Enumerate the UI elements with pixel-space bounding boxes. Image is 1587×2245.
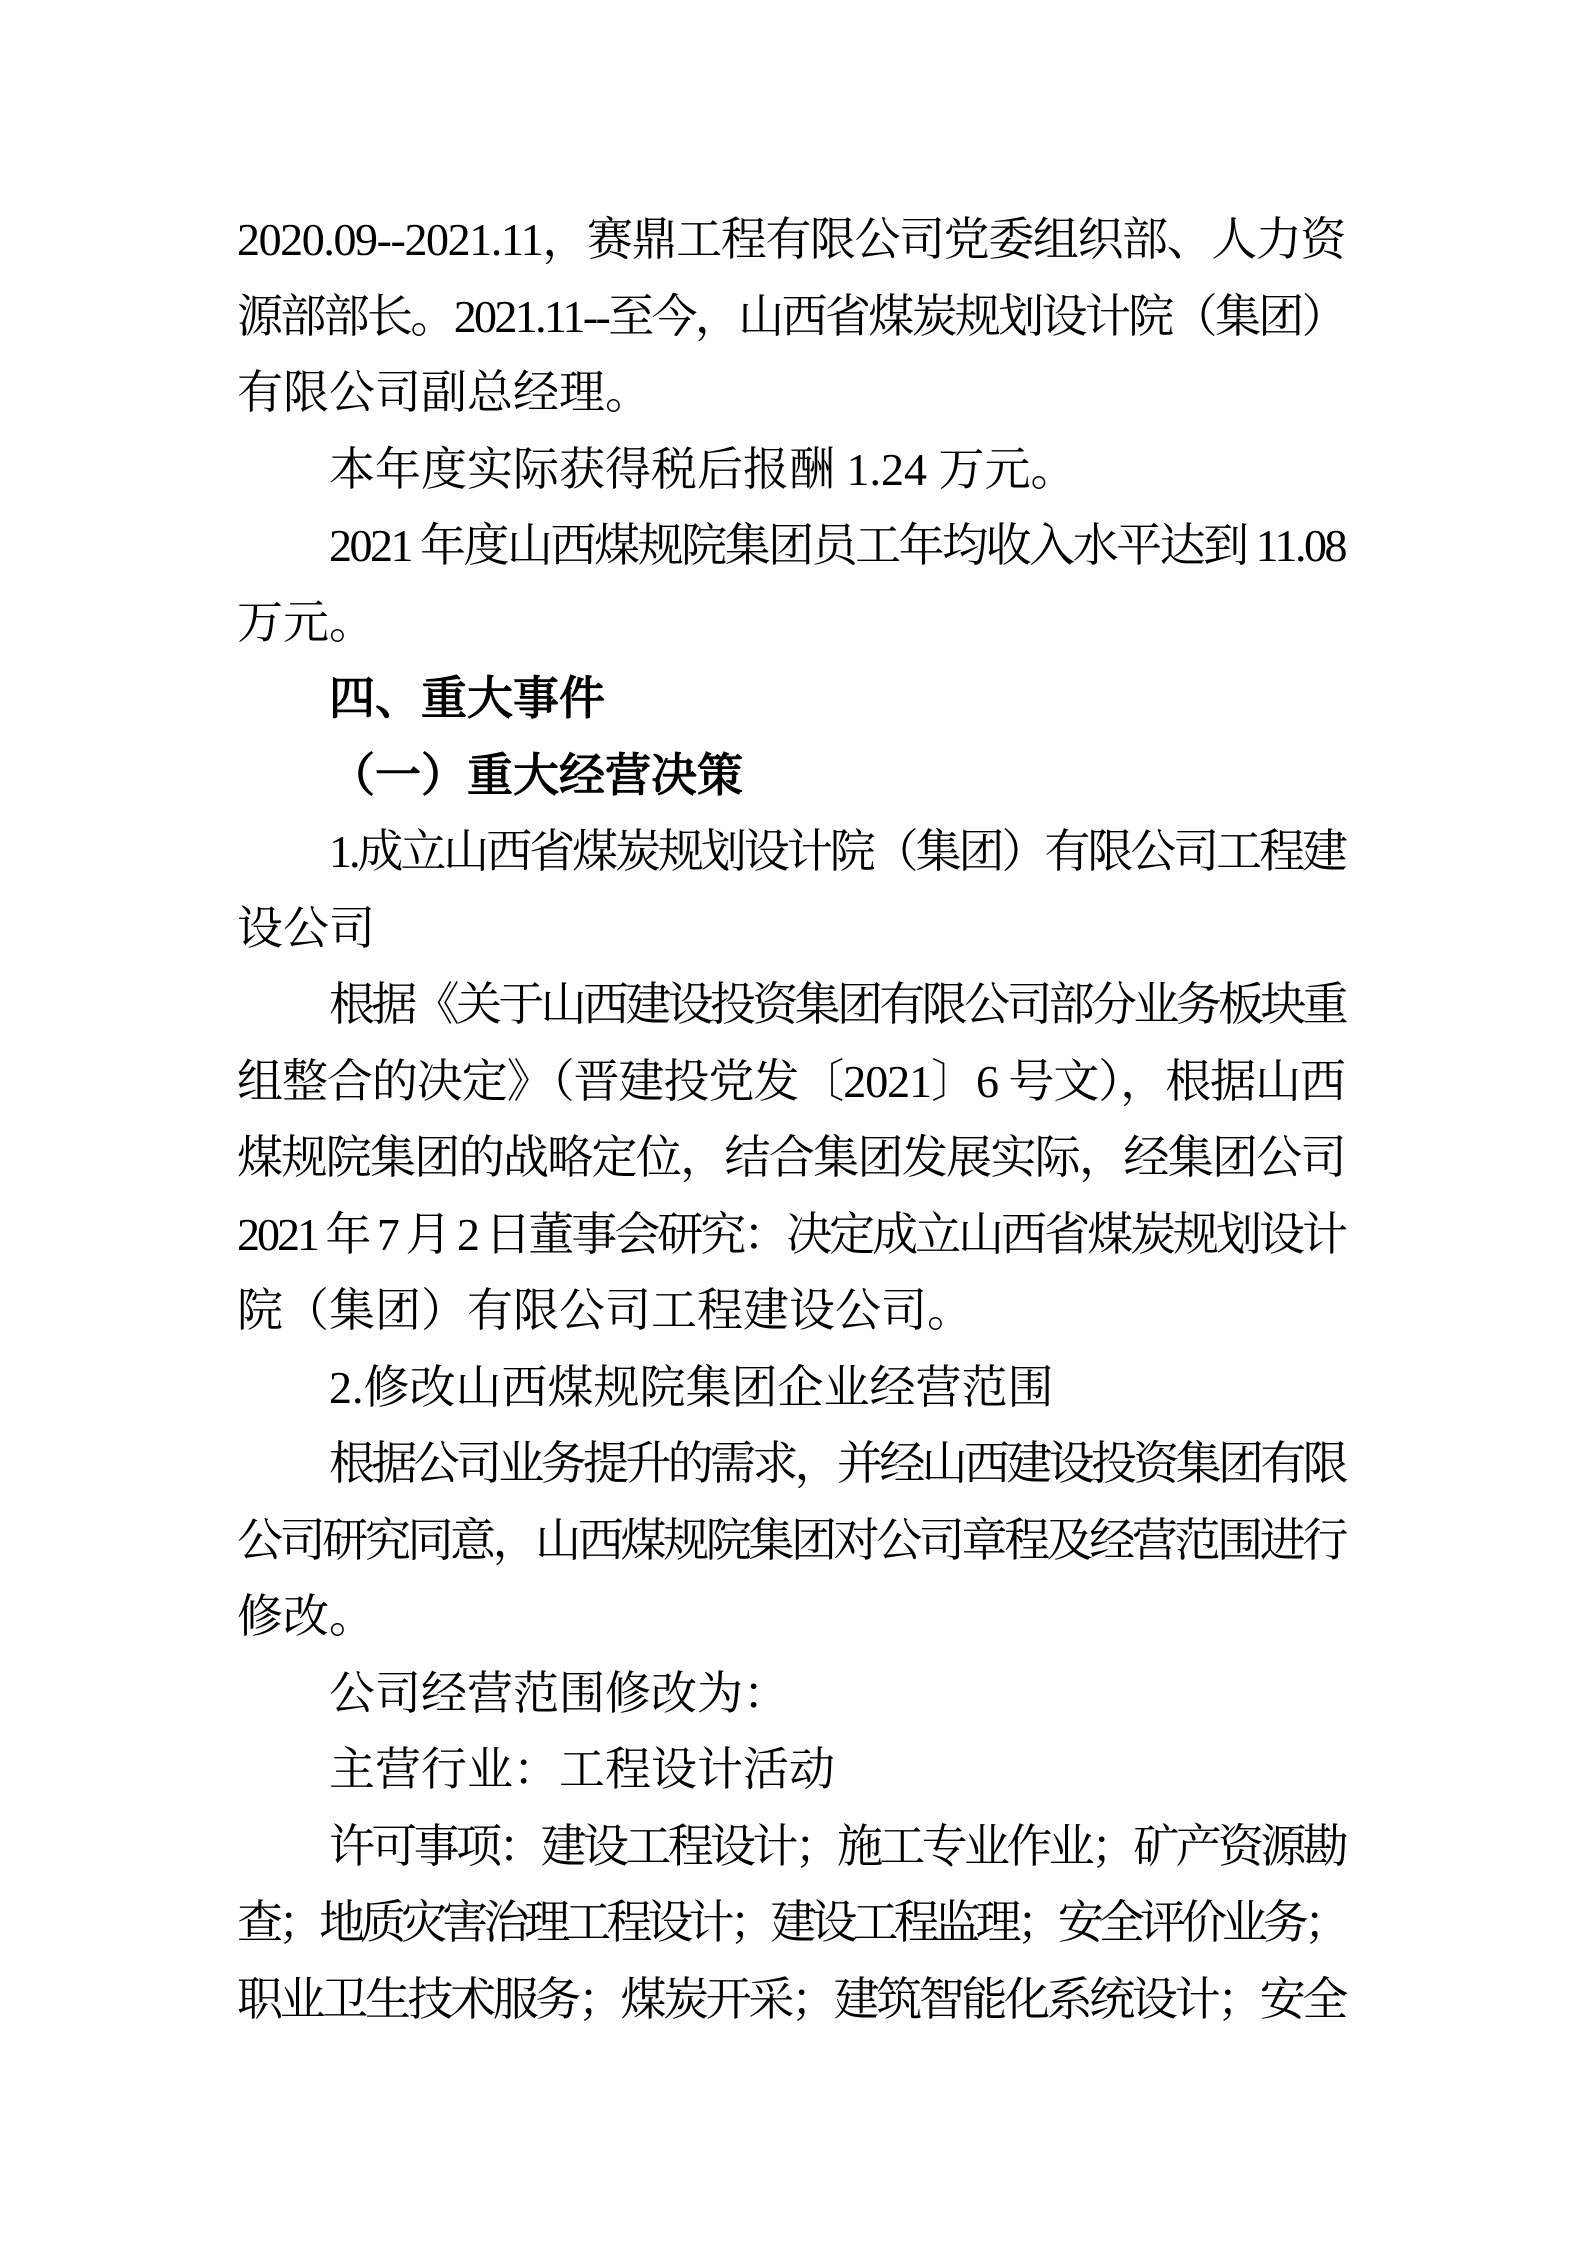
- line-text: 四、重大事件: [329, 661, 605, 738]
- line-text: 万元。: [237, 585, 375, 662]
- document-line: 有限公司副总经理。: [237, 355, 1345, 432]
- document-page: 2020.09--2021.11，赛鼎工程有限公司党委组织部、人力资源部部长。2…: [0, 0, 1587, 2245]
- document-line: 源部部长。2021.11--至今，山西省煤炭规划设计院（集团）: [237, 279, 1345, 356]
- document-line: 根据《关于山西建设投资集团有限公司部分业务板块重: [237, 967, 1345, 1044]
- document-line: 万元。: [237, 585, 1345, 662]
- line-text: 2021 年度山西煤规院集团员工年均收入水平达到 11.08: [329, 508, 1345, 585]
- line-text: 2021 年 7 月 2 日董事会研究：决定成立山西省煤炭规划设计: [237, 1197, 1345, 1274]
- line-text: 许可事项：建设工程设计；施工专业作业；矿产资源勘: [329, 1809, 1345, 1886]
- line-text: 主营行业：工程设计活动: [329, 1732, 835, 1809]
- document-line: 2020.09--2021.11，赛鼎工程有限公司党委组织部、人力资: [237, 202, 1345, 279]
- line-text: 职业卫生技术服务；煤炭开采；建筑智能化系统设计；安全: [237, 1962, 1345, 2039]
- line-text: 2020.09--2021.11，赛鼎工程有限公司党委组织部、人力资: [237, 202, 1345, 279]
- document-line: 2021 年度山西煤规院集团员工年均收入水平达到 11.08: [237, 508, 1345, 585]
- document-line: 根据公司业务提升的需求，并经山西建设投资集团有限: [237, 1426, 1345, 1503]
- document-line: 修改。: [237, 1579, 1345, 1656]
- document-line: 公司研究同意，山西煤规院集团对公司章程及经营范围进行: [237, 1503, 1345, 1580]
- line-text: 设公司: [237, 891, 375, 968]
- line-text: 公司研究同意，山西煤规院集团对公司章程及经营范围进行: [237, 1503, 1345, 1580]
- line-text: 1.成立山西省煤炭规划设计院（集团）有限公司工程建: [329, 814, 1345, 891]
- document-line: 2021 年 7 月 2 日董事会研究：决定成立山西省煤炭规划设计: [237, 1197, 1345, 1274]
- document-line: 查；地质灾害治理工程设计；建设工程监理；安全评价业务；: [237, 1885, 1345, 1962]
- line-text: 本年度实际获得税后报酬 1.24 万元。: [329, 432, 1077, 509]
- heading-line: 四、重大事件: [237, 661, 1345, 738]
- document-line: 2.修改山西煤规院集团企业经营范围: [237, 1350, 1345, 1427]
- document-line: 组整合的决定》（晋建投党发〔2021〕6 号文），根据山西: [237, 1044, 1345, 1121]
- document-line: 主营行业：工程设计活动: [237, 1732, 1345, 1809]
- heading-line: （一）重大经营决策: [237, 738, 1345, 815]
- line-text: 源部部长。2021.11--至今，山西省煤炭规划设计院（集团）: [237, 279, 1345, 356]
- line-text: 修改。: [237, 1579, 375, 1656]
- document-line: 1.成立山西省煤炭规划设计院（集团）有限公司工程建: [237, 814, 1345, 891]
- line-text: 2.修改山西煤规院集团企业经营范围: [329, 1350, 1054, 1427]
- line-text: 院（集团）有限公司工程建设公司。: [237, 1273, 973, 1350]
- line-text: 公司经营范围修改为：: [329, 1656, 789, 1733]
- line-text: 有限公司副总经理。: [237, 355, 651, 432]
- document-line: 许可事项：建设工程设计；施工专业作业；矿产资源勘: [237, 1809, 1345, 1886]
- document-line: 院（集团）有限公司工程建设公司。: [237, 1273, 1345, 1350]
- line-text: 煤规院集团的战略定位，结合集团发展实际，经集团公司: [237, 1120, 1345, 1197]
- text-block: 2020.09--2021.11，赛鼎工程有限公司党委组织部、人力资源部部长。2…: [237, 202, 1345, 2038]
- line-text: （一）重大经营决策: [329, 738, 743, 815]
- document-line: 职业卫生技术服务；煤炭开采；建筑智能化系统设计；安全: [237, 1962, 1345, 2039]
- line-text: 查；地质灾害治理工程设计；建设工程监理；安全评价业务；: [237, 1885, 1345, 1962]
- document-line: 煤规院集团的战略定位，结合集团发展实际，经集团公司: [237, 1120, 1345, 1197]
- line-text: 根据《关于山西建设投资集团有限公司部分业务板块重: [329, 967, 1345, 1044]
- line-text: 组整合的决定》（晋建投党发〔2021〕6 号文），根据山西: [237, 1044, 1345, 1121]
- document-line: 设公司: [237, 891, 1345, 968]
- document-line: 本年度实际获得税后报酬 1.24 万元。: [237, 432, 1345, 509]
- line-text: 根据公司业务提升的需求，并经山西建设投资集团有限: [329, 1426, 1345, 1503]
- document-line: 公司经营范围修改为：: [237, 1656, 1345, 1733]
